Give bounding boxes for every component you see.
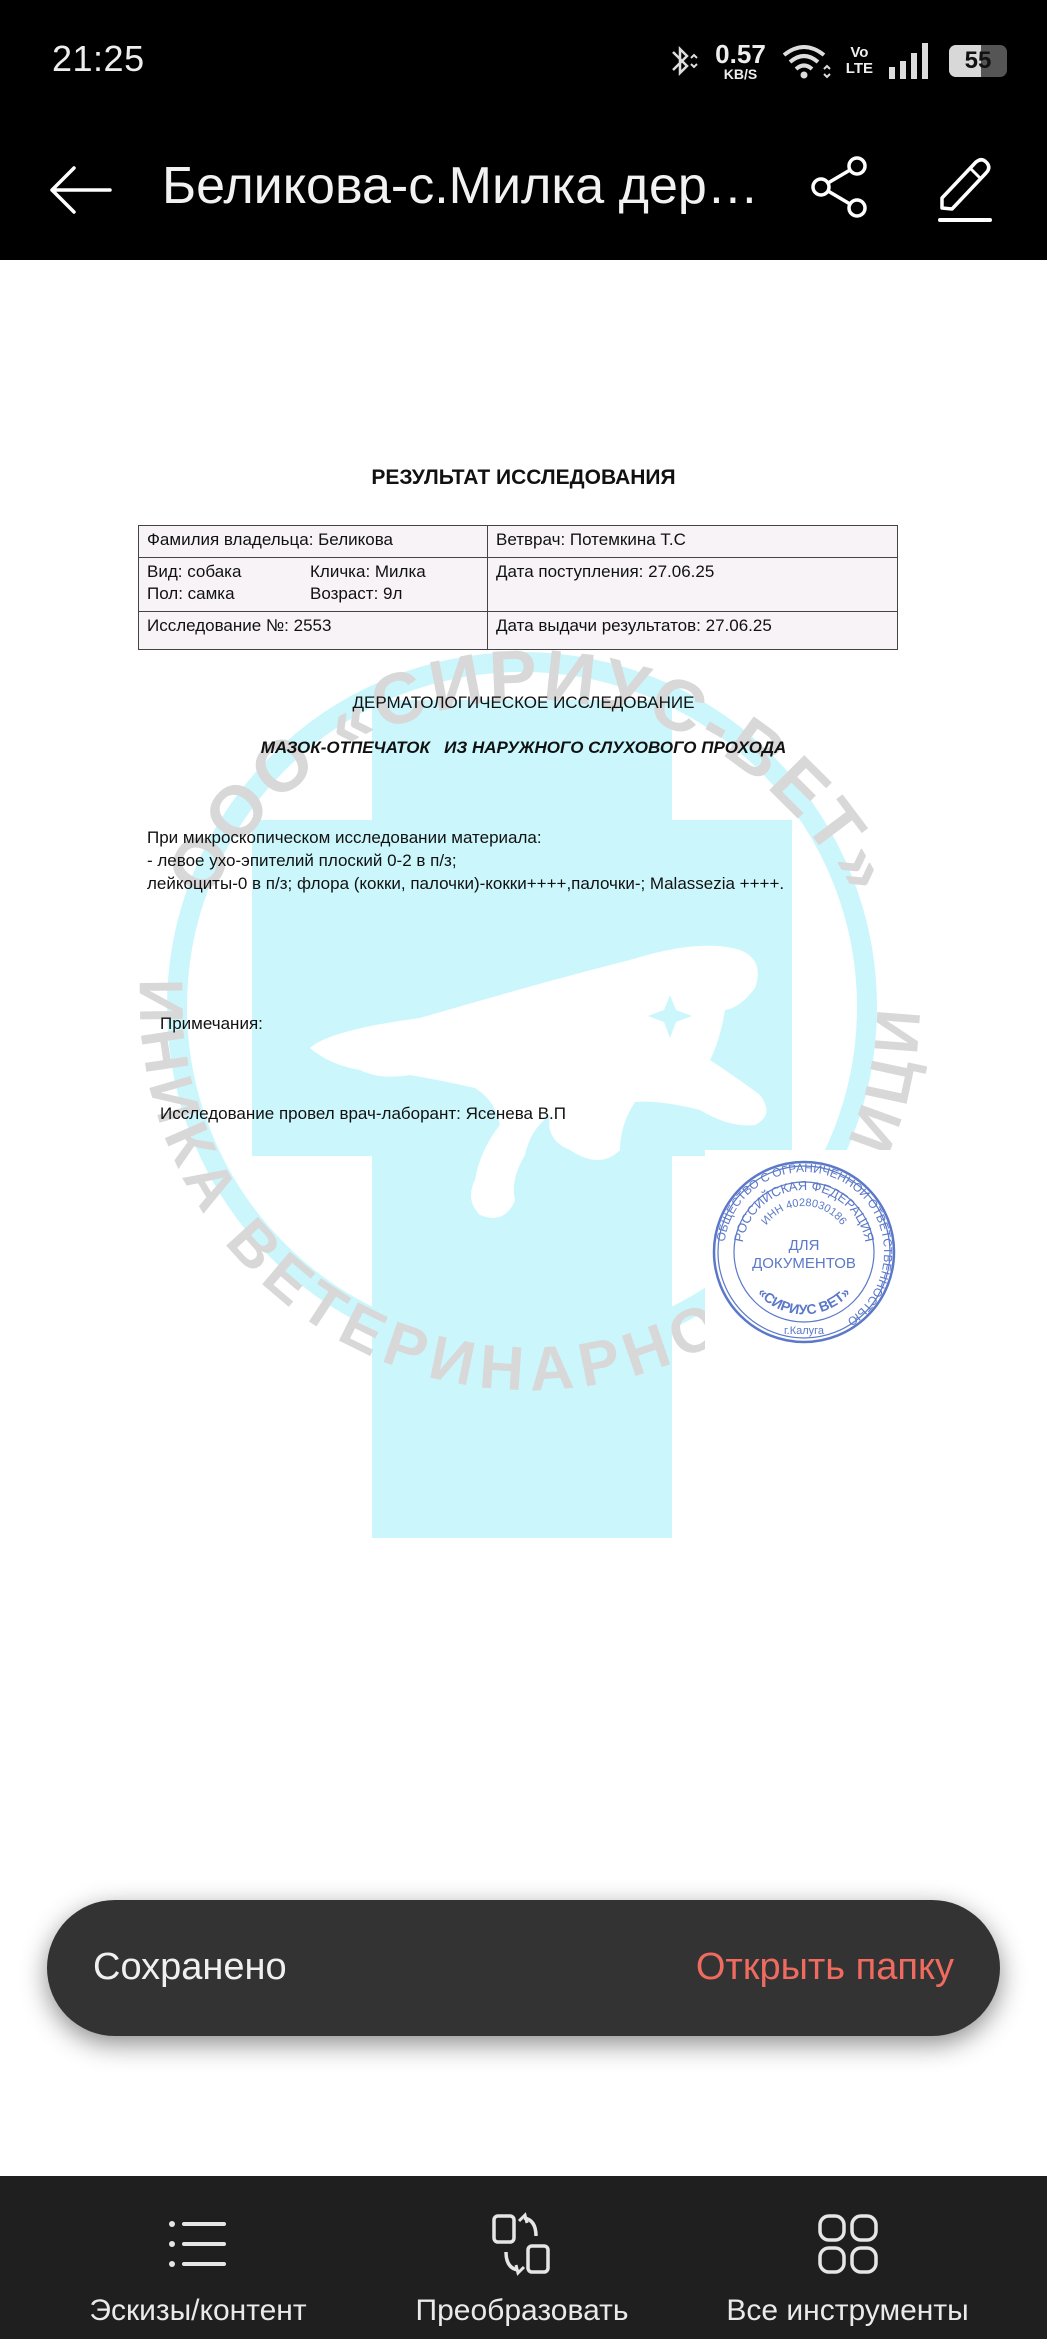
document-heading: РЕЗУЛЬТАТ ИССЛЕДОВАНИЯ (0, 466, 1047, 490)
lab-technician: Исследование провел врач-лаборант: Ясене… (160, 1104, 566, 1124)
document-page[interactable]: ООО «СИРИУС-ВЕТ» КЛИНИКА ВЕТЕРИНАРНОЙ МЕ… (0, 260, 1047, 2176)
saved-toast: Сохранено Открыть папку (47, 1900, 1000, 2036)
share-icon (808, 154, 872, 220)
status-time: 21:25 (52, 38, 145, 80)
back-button[interactable] (44, 160, 116, 220)
document-title: Беликова-с.Милка дерматологическое иссле… (162, 156, 772, 216)
svg-text:ДЛЯ: ДЛЯ (789, 1237, 820, 1254)
study-number-cell: Исследование №: 2553 (139, 612, 488, 650)
issued-date-cell: Дата выдачи результатов: 27.06.25 (488, 612, 898, 650)
convert-icon (490, 2212, 554, 2276)
share-button[interactable] (808, 154, 872, 220)
convert-button[interactable]: Преобразовать (396, 2176, 648, 2339)
thumbnails-button[interactable]: Эскизы/контент (0, 2176, 396, 2339)
bluetooth-icon (667, 41, 701, 81)
battery-icon: 55 (949, 45, 1007, 77)
app-header: Беликова-с.Милка дерматологическое иссле… (0, 120, 1047, 260)
status-bar: 21:25 0.57 KB/S Vo LTE 55 (0, 0, 1047, 120)
animal-cell: Вид: собакаКличка: Милка Пол: самкаВозра… (139, 558, 488, 612)
bottom-toolbar: Эскизы/контент Преобразовать Все инструм… (0, 2176, 1047, 2339)
stamp-seal-icon: ОБЩЕСТВО С ОГРАНИЧЕННОЙ ОТВЕТСТВЕННОСТЬЮ… (710, 1158, 898, 1346)
arrow-left-icon (44, 160, 116, 220)
findings: При микроскопическом исследовании матери… (147, 826, 784, 895)
patient-info-table: Фамилия владельца: Беликова Ветврач: Пот… (138, 525, 898, 650)
notes-label: Примечания: (160, 1014, 263, 1034)
sample-type: МАЗОК-ОТПЕЧАТОК ИЗ НАРУЖНОГО СЛУХОВОГО П… (0, 738, 1047, 758)
received-date-cell: Дата поступления: 27.06.25 (488, 558, 898, 612)
svg-text:ДОКУМЕНТОВ: ДОКУМЕНТОВ (752, 1255, 856, 1272)
network-speed: 0.57 KB/S (715, 41, 766, 81)
open-folder-button[interactable]: Открыть папку (696, 1946, 954, 1989)
grid-icon (816, 2212, 880, 2276)
vet-cell: Ветврач: Потемкина Т.С (488, 526, 898, 558)
edit-button[interactable] (934, 154, 994, 226)
all-tools-button[interactable]: Все инструменты (648, 2176, 1047, 2339)
status-icons: 0.57 KB/S Vo LTE 55 (667, 36, 1007, 86)
owner-cell: Фамилия владельца: Беликова (139, 526, 488, 558)
svg-text:г.Калуга: г.Калуга (784, 1325, 825, 1337)
wifi-icon (780, 41, 832, 81)
pencil-icon (934, 154, 994, 226)
toast-message: Сохранено (93, 1946, 287, 1989)
list-icon (166, 2212, 230, 2276)
signal-icon (887, 41, 935, 81)
volte-icon: Vo LTE (846, 45, 873, 77)
study-type: ДЕРМАТОЛОГИЧЕСКОЕ ИССЛЕДОВАНИЕ (0, 693, 1047, 713)
